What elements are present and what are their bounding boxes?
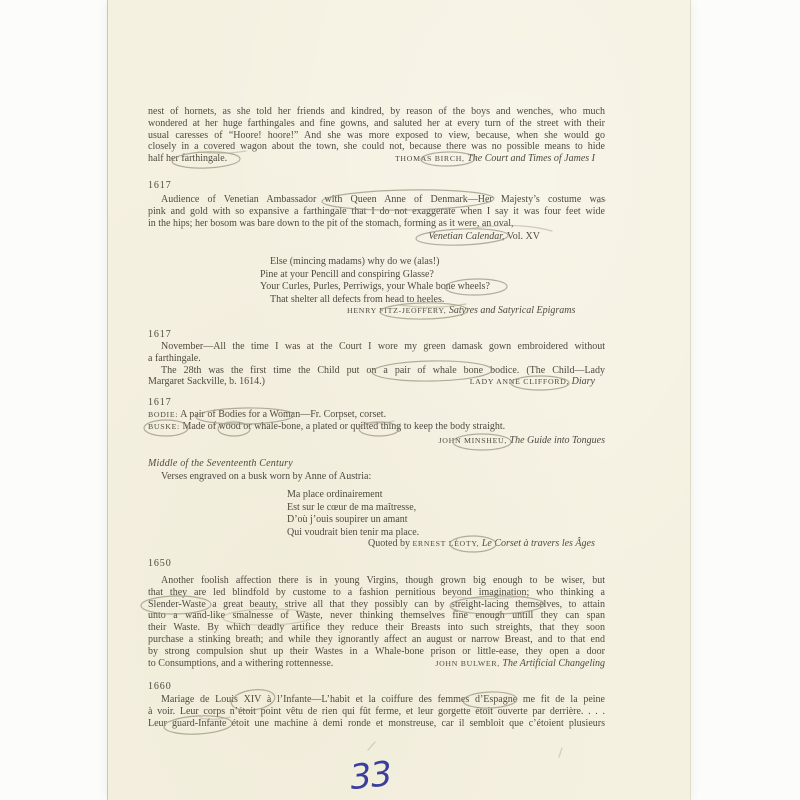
poem-line: D’où j’ouis soupirer un amant: [287, 514, 419, 527]
citation-author: THOMAS BIRCH,: [395, 154, 465, 163]
body-line: unto a wand-like smalnesse of Waste, nev…: [148, 610, 605, 622]
body-line: The 28th was the first time the Child pu…: [148, 365, 605, 377]
citation-author: JOHN MINSHEU,: [439, 436, 507, 445]
body-line: purchase a stinking breath; and while th…: [148, 634, 605, 646]
poem-line: Your Curles, Purles, Perriwigs, your Wha…: [260, 281, 490, 294]
body-line: à voir. Leur corps n’étoit point vêtu de…: [148, 706, 605, 718]
handwritten-page-number: 33: [348, 754, 393, 798]
citation-author: ERNEST LÉOTY,: [412, 539, 479, 548]
poem-line: Else (mincing madams) why do we (alas!): [270, 256, 490, 269]
poem-line: Ma place ordinairement: [287, 489, 419, 502]
body-line: pink and gold with so expansive a farthi…: [148, 206, 605, 218]
quote-paragraph-venetian: Audience of Venetian Ambassador with Que…: [148, 194, 605, 229]
citation: Venetian Calendar, Vol. XV: [148, 231, 605, 243]
body-line: November—All the time I was at the Court…: [148, 341, 605, 353]
page-text-column: nest of hornets, as she told her friends…: [148, 0, 605, 800]
body-line: a farthingale.: [148, 353, 605, 365]
body-line: wondered at her huge farthingales and fi…: [148, 118, 605, 130]
poem-fitz-jeoffery: Else (mincing madams) why do we (alas!) …: [260, 256, 490, 306]
citation: THOMAS BIRCH, The Court and Times of Jam…: [395, 153, 605, 165]
citation: JOHN BULWER, The Artificial Changeling: [435, 658, 605, 670]
body-line: Slender-Waste a great beauty, strive all…: [148, 599, 605, 611]
body-line: Audience of Venetian Ambassador with Que…: [148, 194, 605, 206]
definition-line: BUSKE: Made of wood or whale-bone, a pla…: [148, 421, 605, 433]
quote-paragraph-bulwer: Another foolish affection there is in yo…: [148, 575, 605, 669]
citation-title: Venetian Calendar,: [428, 231, 504, 242]
quote-paragraph-mariage: Mariage de Louis XIV à l’Infante—L’habit…: [148, 694, 605, 729]
date-heading-1660: 1660: [148, 681, 172, 693]
body-line: half her farthingale. THOMAS BIRCH, The …: [148, 153, 605, 165]
scan-background: { "headings": { "d1": "1617", "d2": "161…: [0, 0, 800, 800]
body-line: that they are led blindfold by custome t…: [148, 587, 605, 599]
body-text: to Consumptions, and a withering rottenn…: [148, 658, 333, 670]
body-line: nest of hornets, as she told her friends…: [148, 106, 605, 118]
body-line: by strong compulsion shut up their Waste…: [148, 646, 605, 658]
definition-line: BODIE: A pair of Bodies for a Woman—Fr. …: [148, 409, 605, 421]
body-line: Verses engraved on a busk worn by Anne o…: [148, 471, 605, 483]
body-line: in the hips; her bosom was bare down to …: [148, 218, 605, 230]
citation: HENRY FITZ-JEOFFERY, Satyres and Satyric…: [347, 305, 575, 317]
body-line: closely in a covered wagon about the tow…: [148, 141, 605, 153]
citation-suffix: Vol. XV: [507, 231, 540, 242]
poem-line: Est sur le cœur de ma maîtresse,: [287, 502, 419, 515]
date-heading-1650: 1650: [148, 558, 172, 570]
body-line: Another foolish affection there is in yo…: [148, 575, 605, 587]
citation: JOHN MINSHEU, The Guide into Tongues: [148, 435, 605, 447]
poem-busk-verses: Ma place ordinairement Est sur le cœur d…: [287, 489, 419, 539]
quote-paragraph-birch: nest of hornets, as she told her friends…: [148, 106, 605, 165]
definition-term: BUSKE:: [148, 422, 180, 431]
citation-title: The Artificial Changeling: [502, 658, 605, 669]
citation: LADY ANNE CLIFFORD, Diary: [470, 376, 605, 388]
citation-title: The Guide into Tongues: [510, 435, 605, 446]
poem-line: Pine at your Pencill and conspiring Glas…: [260, 269, 490, 282]
citation-author: LADY ANNE CLIFFORD,: [470, 377, 569, 386]
body-line: to Consumptions, and a withering rottenn…: [148, 658, 605, 670]
citation-title: Diary: [572, 376, 595, 387]
definition-text: A pair of Bodies for a Woman—Fr. Corpset…: [180, 409, 386, 420]
body-line: their Waste. By which deadly artifice th…: [148, 622, 605, 634]
quote-paragraph-clifford: November—All the time I was at the Court…: [148, 341, 605, 388]
book-page: nest of hornets, as she told her friends…: [108, 0, 690, 800]
body-line: Mariage de Louis XIV à l’Infante—L’habit…: [148, 694, 605, 706]
citation-author: JOHN BULWER,: [435, 659, 500, 668]
citation-prefix: Quoted by: [368, 538, 410, 549]
body-line: Leur guard-Infante étoit une machine à d…: [148, 718, 605, 730]
period-heading: Middle of the Seventeenth Century: [148, 458, 293, 470]
date-heading-1617-c: 1617: [148, 397, 172, 409]
date-heading-1617-b: 1617: [148, 329, 172, 341]
definitions-block: BODIE: A pair of Bodies for a Woman—Fr. …: [148, 409, 605, 433]
citation-title: Satyres and Satyrical Epigrams: [449, 305, 576, 316]
body-line: usual caresses of “Hoore! hoore!” And sh…: [148, 130, 605, 142]
definition-term: BODIE:: [148, 410, 178, 419]
citation-title: Le Corset à travers les Âges: [482, 538, 595, 549]
body-line: Margaret Sackville, b. 1614.) LADY ANNE …: [148, 376, 605, 388]
citation-author: HENRY FITZ-JEOFFERY,: [347, 306, 446, 315]
verses-intro: Verses engraved on a busk worn by Anne o…: [148, 471, 605, 483]
date-heading-1617-a: 1617: [148, 180, 172, 192]
citation: Quoted by ERNEST LÉOTY, Le Corset à trav…: [368, 538, 595, 550]
body-text: Margaret Sackville, b. 1614.): [148, 376, 265, 388]
definition-text: Made of wood or whale-bone, a plated or …: [182, 421, 505, 432]
citation-title: The Court and Times of James I: [467, 153, 595, 164]
body-text: half her farthingale.: [148, 153, 227, 165]
